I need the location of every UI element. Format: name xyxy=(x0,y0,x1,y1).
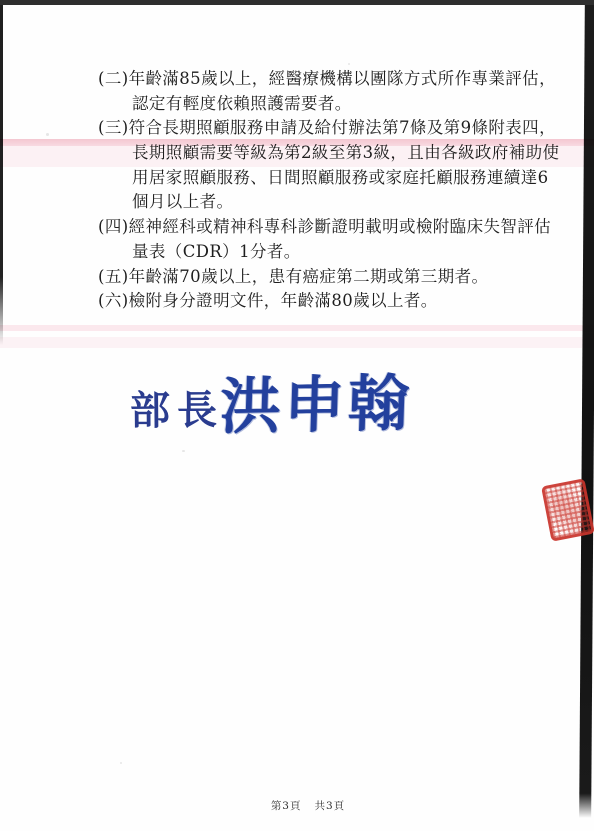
total-pages: 共3頁 xyxy=(315,800,346,812)
dust-speck xyxy=(120,762,122,764)
clause-line: (三)符合長期照顧服務申請及給付辦法第7條及第9條附表四， xyxy=(98,116,558,141)
clause-line: (六)檢附身分證明文件，年齡滿80歲以上者。 xyxy=(98,289,558,314)
seal-script-glyphs xyxy=(547,484,589,536)
scan-pink-band xyxy=(0,325,594,331)
dust-speck xyxy=(46,133,49,136)
page-footer: 第3頁共3頁 xyxy=(0,798,594,813)
official-red-seal-stamp xyxy=(541,478,594,541)
scan-left-edge-artifact xyxy=(0,5,3,345)
clause-line: (二)年齡滿85歲以上，經醫療機構以團隊方式所作專業評估， xyxy=(98,67,558,92)
document-page: (二)年齡滿85歲以上，經醫療機構以團隊方式所作專業評估， 認定有輕度依賴照護需… xyxy=(0,0,594,831)
body-text: (二)年齡滿85歲以上，經醫療機構以團隊方式所作專業評估， 認定有輕度依賴照護需… xyxy=(98,67,558,314)
dust-speck xyxy=(348,63,350,65)
clause-line: (五)年齡滿70歲以上，患有癌症第二期或第三期者。 xyxy=(98,265,558,290)
clause-line: 量表（CDR）1分者。 xyxy=(98,240,558,265)
page-number: 第3頁 xyxy=(271,800,302,812)
clause-line: 用居家照顧服務、日間照顧服務或家庭托顧服務連續達6 xyxy=(98,166,558,191)
scan-top-edge-artifact xyxy=(0,0,594,5)
clause-line: 個月以上者。 xyxy=(98,190,558,215)
scan-pink-band xyxy=(0,337,594,348)
clause-line: (四)經神經科或精神科專科診斷證明載明或檢附臨床失智評估 xyxy=(98,215,558,240)
dust-speck xyxy=(182,450,185,452)
clause-line: 認定有輕度依賴照護需要者。 xyxy=(98,92,558,117)
scan-right-edge-artifact xyxy=(579,0,594,818)
minister-title-stamp: 部長 xyxy=(130,379,224,437)
minister-name-signature: 洪申翰 xyxy=(219,355,414,446)
clause-line: 長期照顧需要等級為第2級至第3級，且由各級政府補助使 xyxy=(98,141,558,166)
minister-signature: 部長 洪申翰 xyxy=(128,355,428,450)
